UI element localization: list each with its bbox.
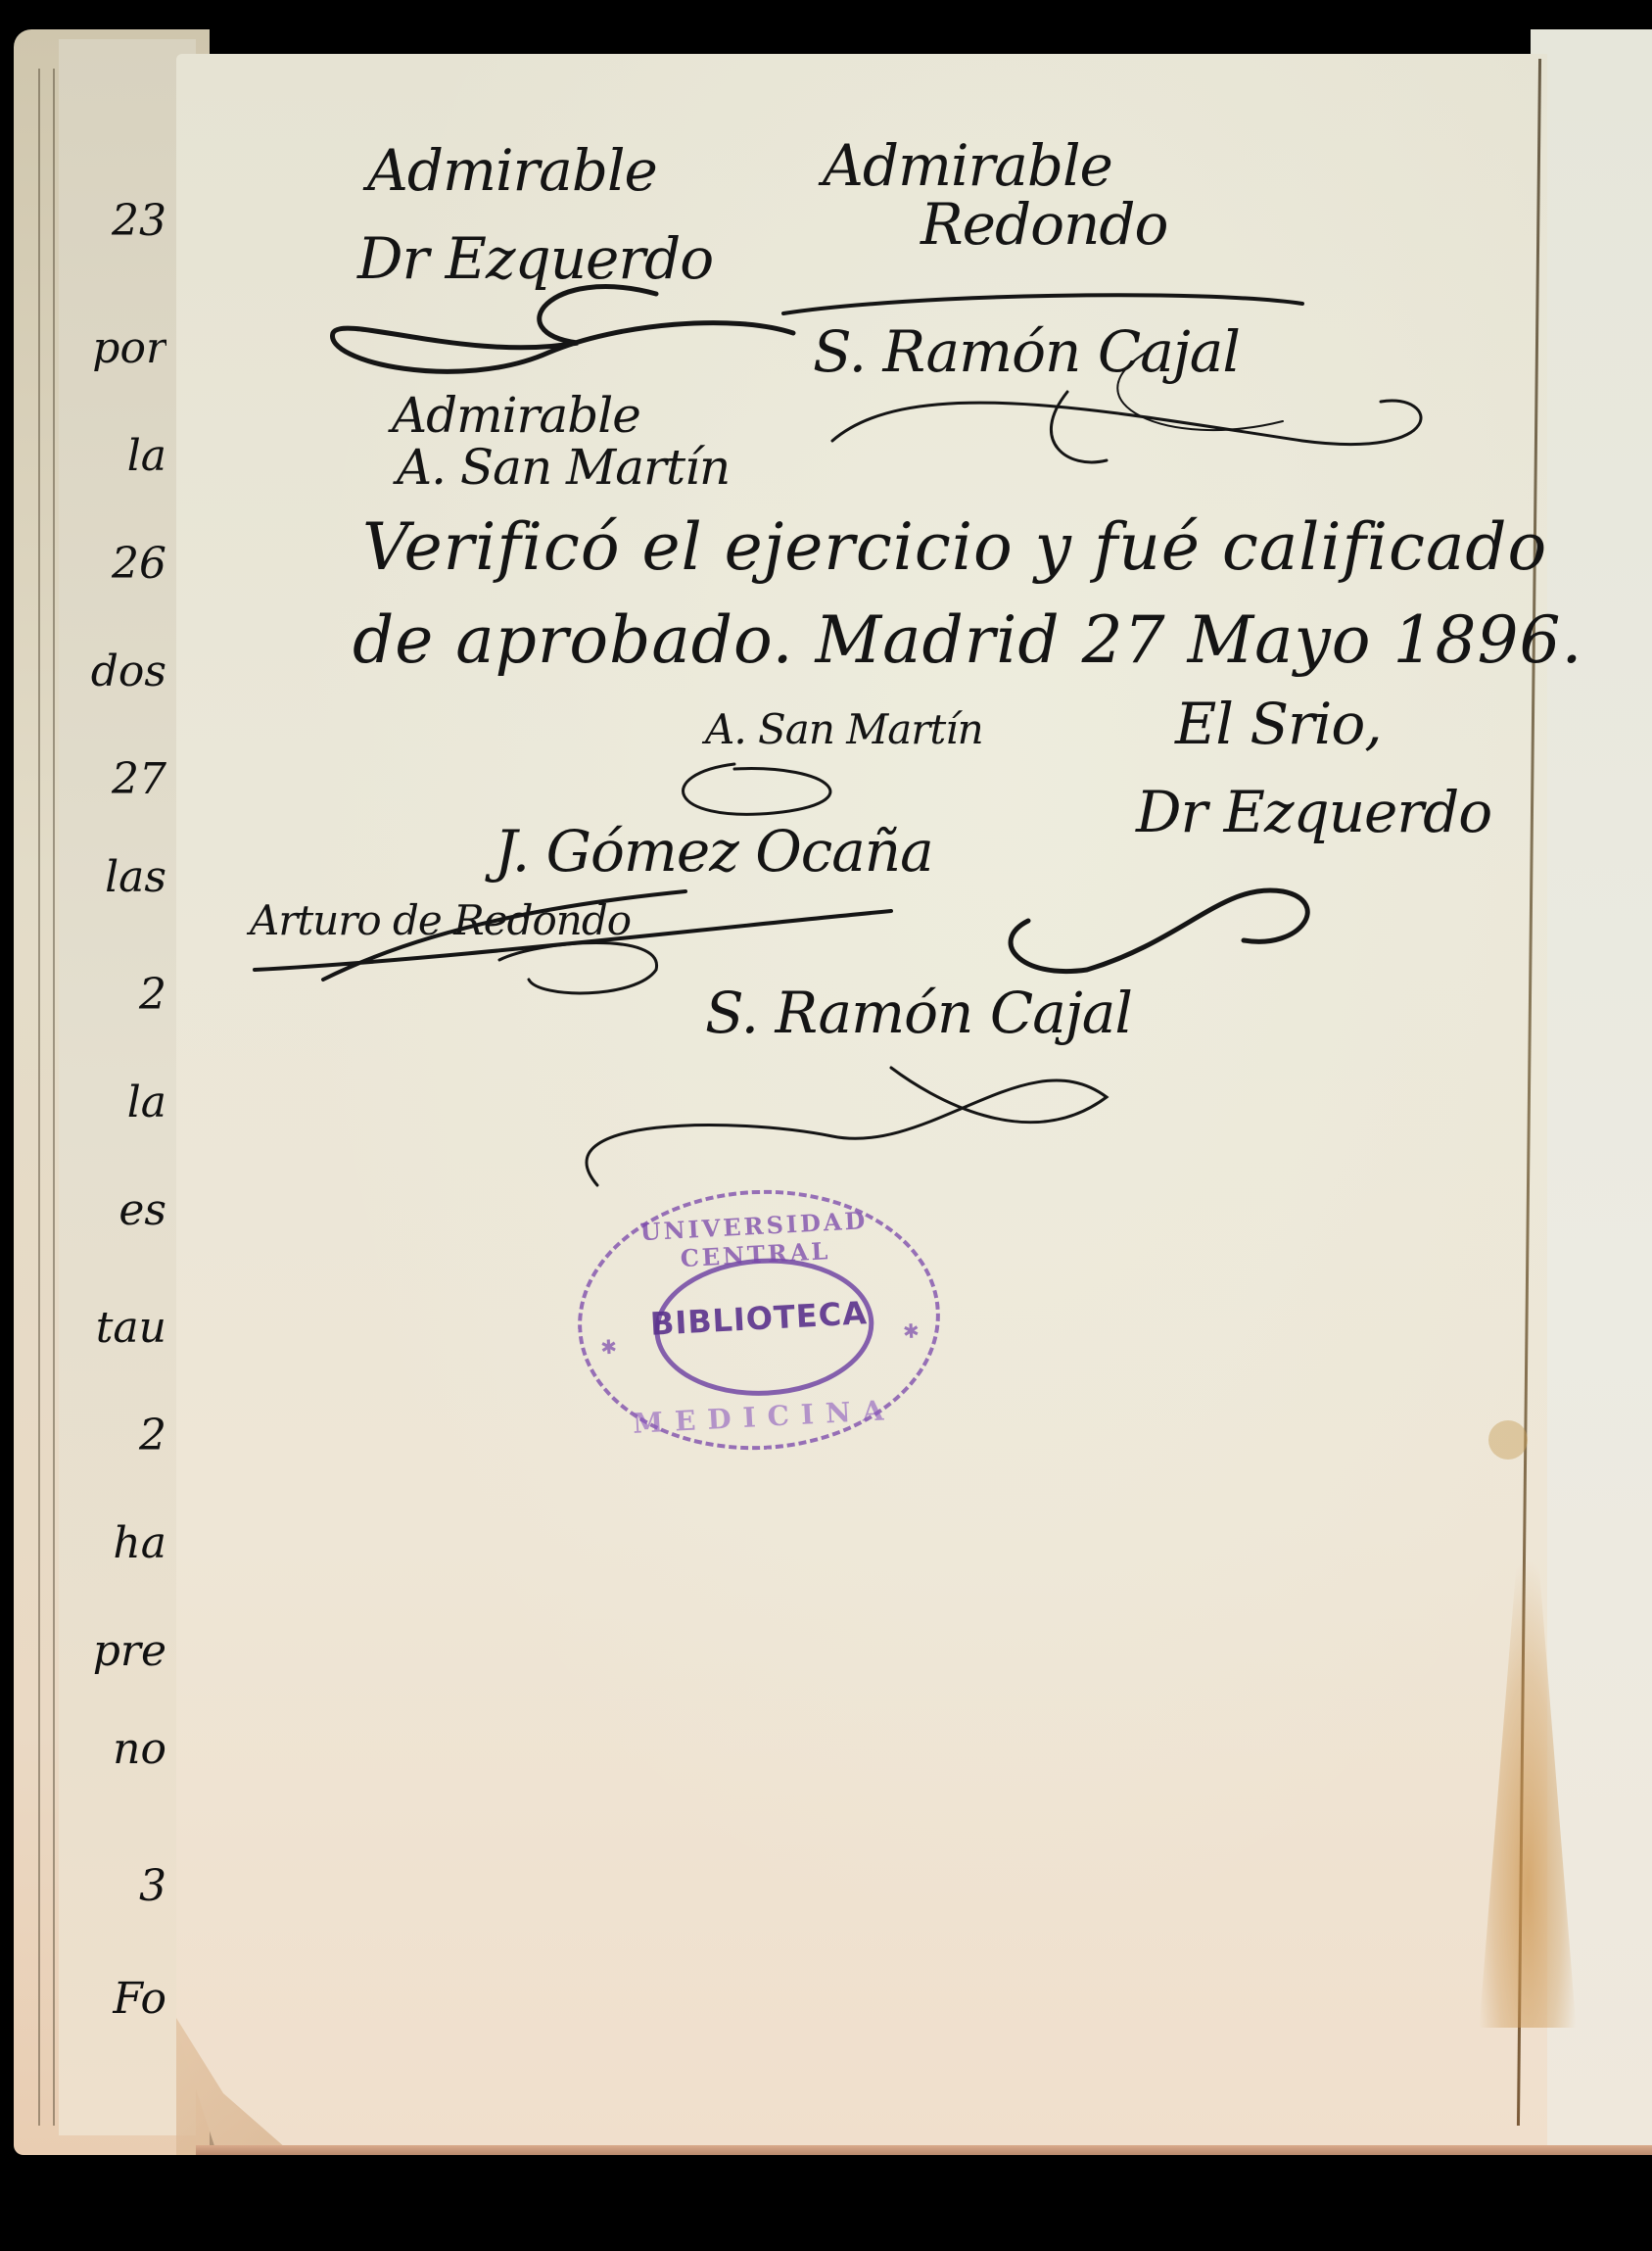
margin-fragment: 3	[59, 1861, 166, 1911]
margin-fragment: por	[59, 323, 166, 373]
grade-right: Admirable	[823, 132, 1112, 199]
signature-right: Redondo	[920, 191, 1167, 258]
margin-fragment: tau	[59, 1303, 166, 1353]
verdict-line-2: de aprobado. Madrid 27 Mayo 1896.	[353, 602, 1582, 678]
page-edge-line	[53, 69, 55, 2126]
margin-fragment: 26	[59, 539, 166, 589]
margin-fragment: la	[59, 1078, 166, 1127]
stain-mark	[1488, 1420, 1528, 1460]
margin-fragment: 2	[59, 970, 166, 1020]
signature-flourishes-bottom	[245, 744, 1518, 1215]
page-bottom-edge	[196, 2145, 1652, 2155]
margin-fragment: pre	[59, 1626, 166, 1676]
margin-fragment: es	[59, 1185, 166, 1235]
previous-page-margin: 23 por la 26 dos 27 las 2 la es tau 2 ha…	[59, 39, 196, 2135]
verdict-line-1: Verificó el ejercicio y fué calificado	[362, 509, 1547, 585]
margin-fragment: Fo	[59, 1974, 166, 2024]
stamp-star-icon: ✱	[902, 1318, 920, 1343]
margin-fragment: 23	[59, 196, 166, 246]
margin-fragment: 27	[59, 754, 166, 804]
margin-fragment: 2	[59, 1411, 166, 1461]
library-stamp: UNIVERSIDAD CENTRAL BIBLIOTECA MEDICINA …	[571, 1180, 946, 1459]
margin-fragment: dos	[59, 647, 166, 696]
stamp-star-icon: ✱	[600, 1335, 618, 1360]
signature-flourish	[323, 274, 1498, 509]
margin-fragment: ha	[59, 1518, 166, 1568]
margin-fragment: no	[59, 1724, 166, 1774]
page-edge-line	[38, 69, 40, 2126]
grade-left: Admirable	[367, 137, 657, 204]
margin-fragment: las	[59, 852, 166, 902]
margin-fragment: la	[59, 431, 166, 481]
